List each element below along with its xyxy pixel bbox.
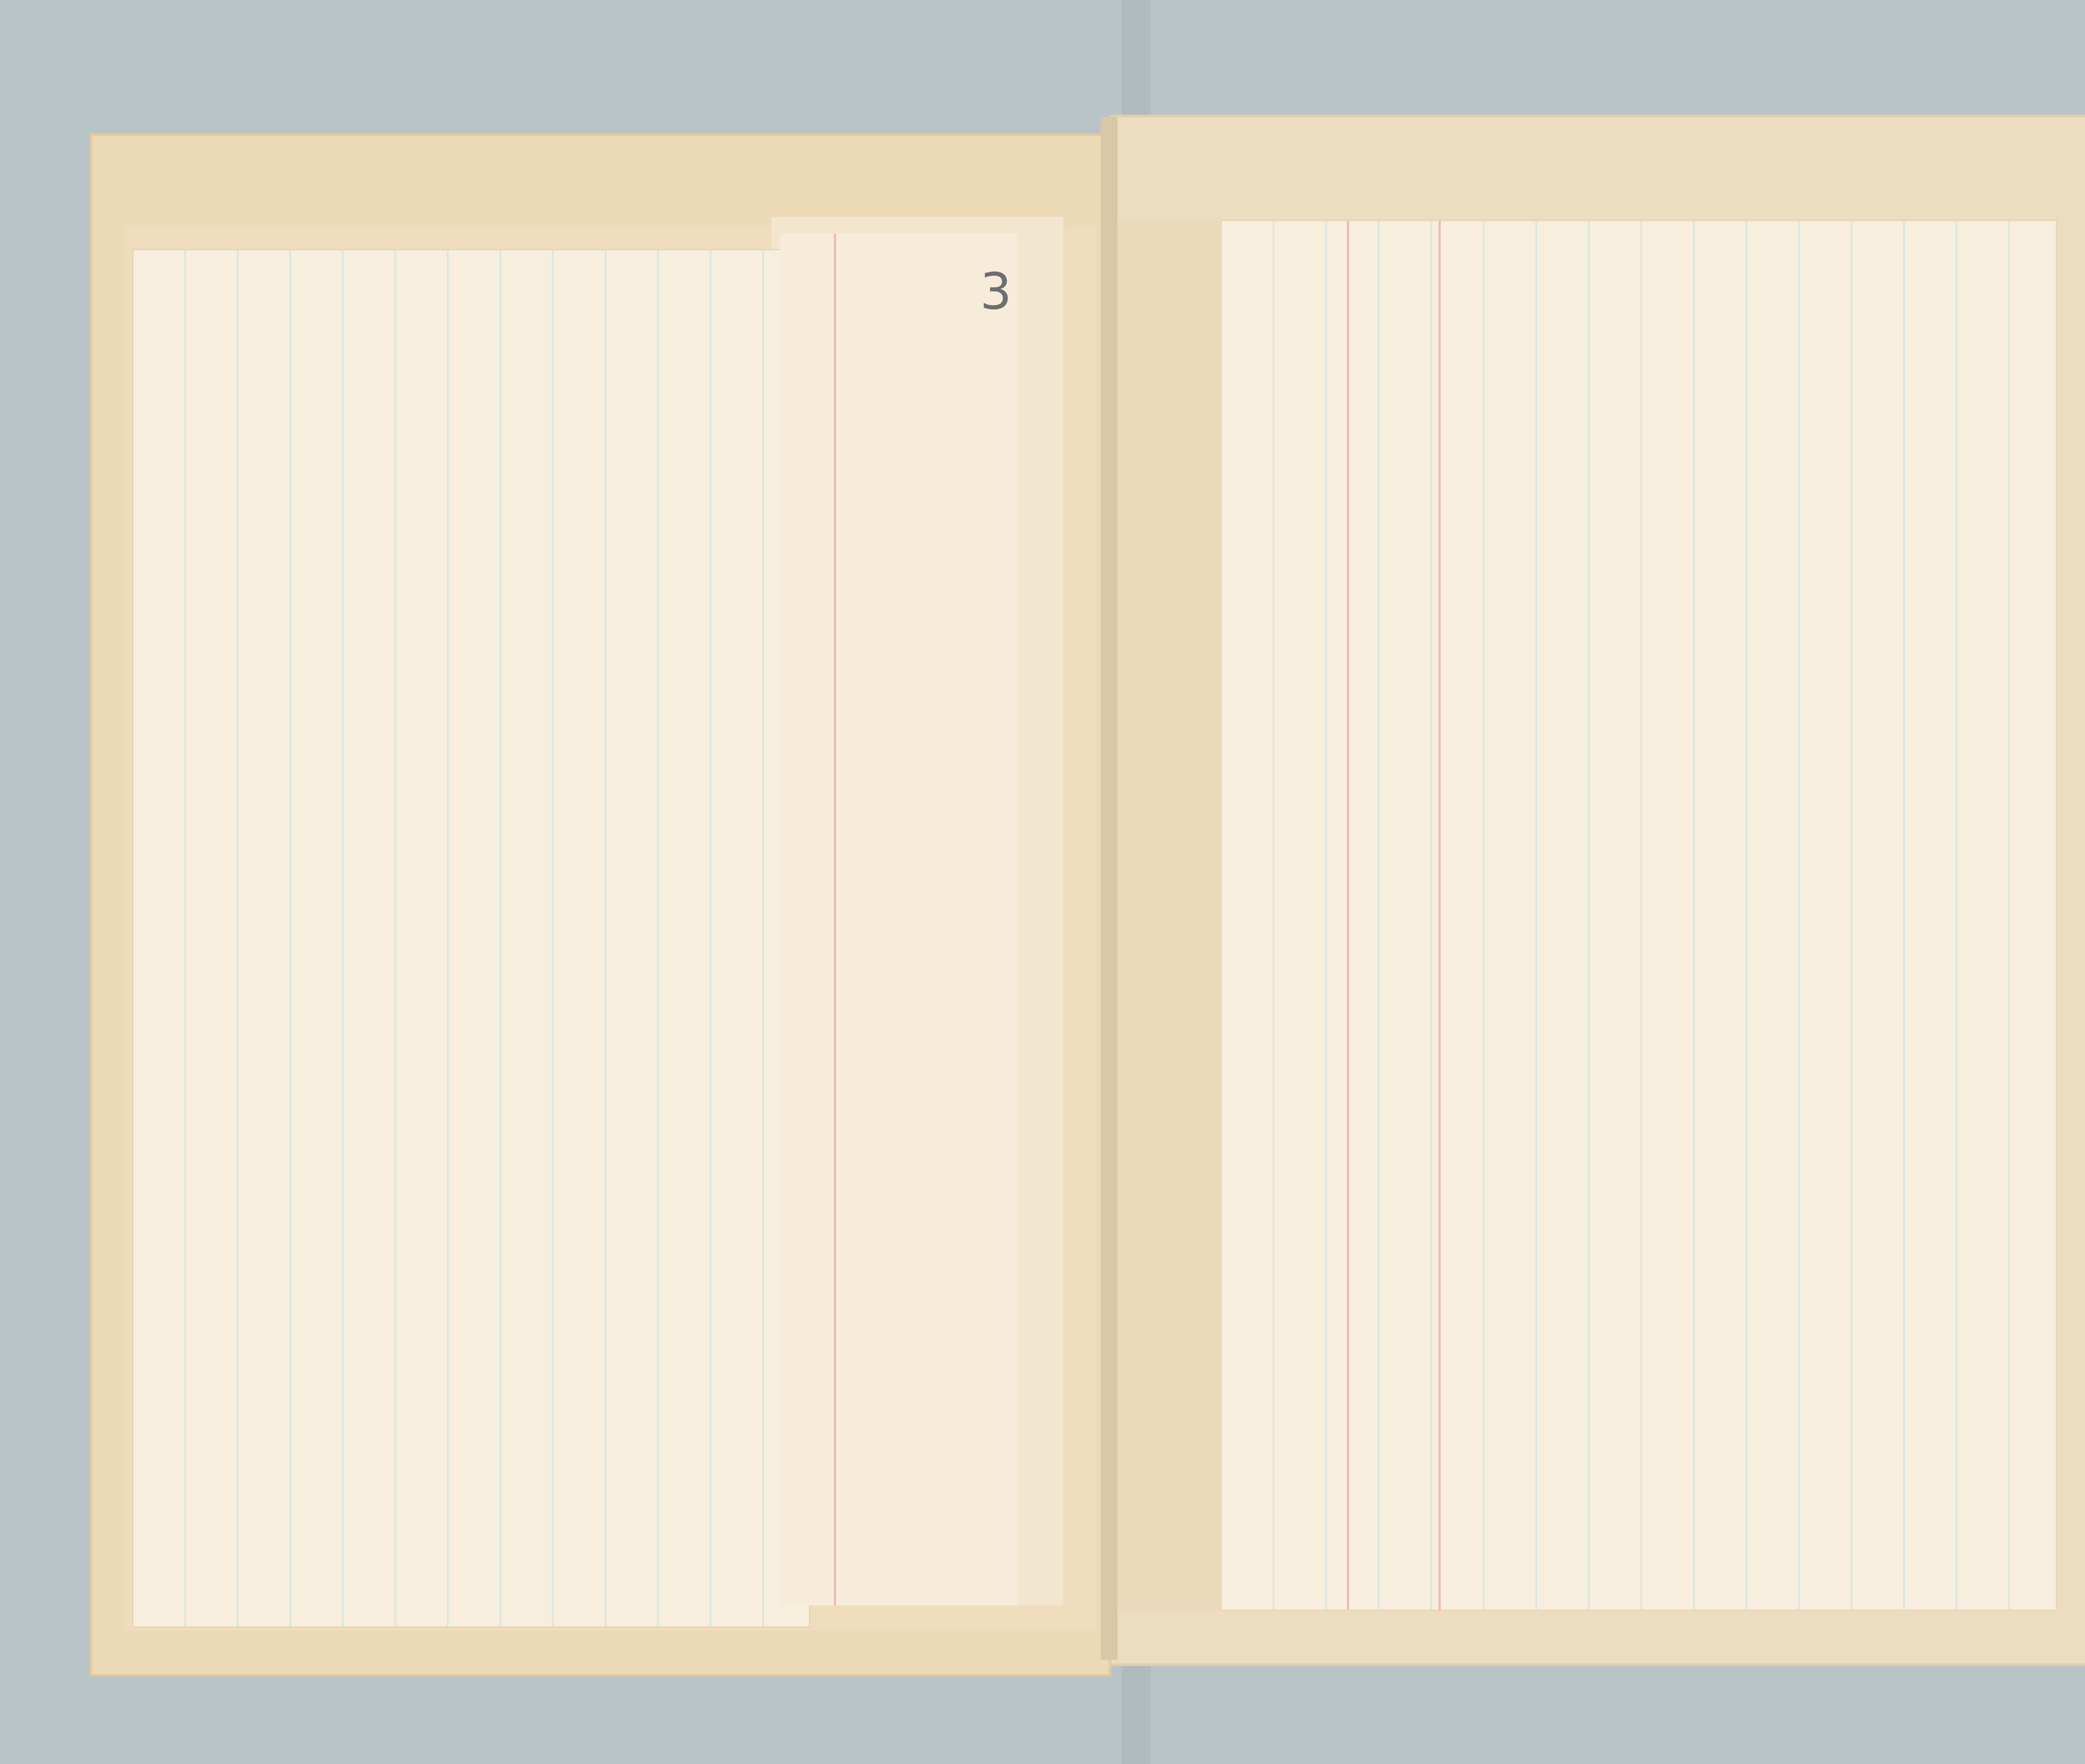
margin-line (834, 234, 836, 1606)
spine (1101, 117, 1118, 1660)
margin-line-2 (1439, 221, 1441, 1610)
right-hinge-strip (1118, 221, 1226, 1610)
page-number: 3 (980, 263, 1012, 321)
left-sheet-margin: 3 (780, 234, 1017, 1606)
right-sheet (1222, 221, 2056, 1610)
margin-line-1 (1347, 221, 1349, 1610)
left-sheet (133, 250, 809, 1626)
